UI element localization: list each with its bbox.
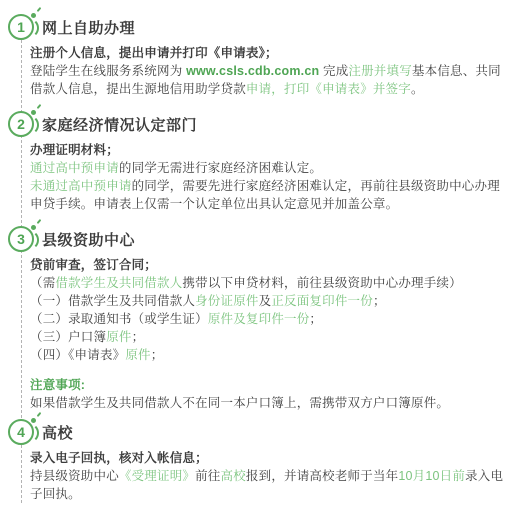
website-url: www.csls.cdb.com.cn — [186, 64, 319, 78]
process-step: 3 县级资助中心 贷前审查，签订合同；（需借款学生及共同借款人携带以下申贷材料，… — [8, 226, 506, 412]
ring-arc-icon — [19, 423, 39, 443]
text-line: （三）户口簿原件； — [30, 328, 506, 346]
text-segment: 办理证明材料； — [30, 143, 119, 157]
text-line: 通过高中预申请的同学无需进行家庭经济困难认定。 — [30, 159, 506, 177]
text-line: 注意事项: — [30, 376, 506, 394]
sparkle-tick-icon — [37, 7, 42, 12]
text-segment: 借款学生及共同借款人 — [55, 276, 182, 290]
text-segment: 《受理证明》 — [119, 469, 195, 483]
step-title: 县级资助中心 — [42, 229, 135, 250]
step-header: 2 家庭经济情况认定部门 — [8, 111, 506, 137]
text-segment: 持县级资助中心 — [30, 469, 119, 483]
step-body: 贷前审查，签订合同；（需借款学生及共同借款人携带以下申贷材料，前往县级资助中心办… — [30, 256, 506, 412]
text-segment: ； — [132, 330, 145, 344]
text-segment: （三）户口簿 — [30, 330, 106, 344]
text-segment: 登陆学生在线服务系统网为 — [30, 64, 186, 78]
text-line: （二）录取通知书（或学生证）原件及复印件一份； — [30, 310, 506, 328]
step-body: 办理证明材料；通过高中预申请的同学无需进行家庭经济困难认定。未通过高中预申请的同… — [30, 141, 506, 213]
text-segment: 报到，并请高校老师于当年 — [246, 469, 398, 483]
text-line: （一）借款学生及共同借款人身份证原件及正反面复印件一份； — [30, 292, 506, 310]
text-line: （需借款学生及共同借款人携带以下申贷材料，前往县级资助中心办理手续） — [30, 274, 506, 292]
step-title: 高校 — [42, 422, 73, 443]
text-segment: 的同学无需进行家庭经济困难认定。 — [119, 161, 322, 175]
text-line: 录入电子回执，核对入帐信息； — [30, 449, 506, 467]
sparkle-dot-icon — [31, 110, 36, 115]
text-segment: 注意事项: — [30, 378, 85, 392]
text-segment: 正反面复印件一份 — [271, 294, 373, 308]
sparkle-dot-icon — [31, 225, 36, 230]
text-segment: （二）录取通知书（或学生证） — [30, 312, 208, 326]
text-segment: 注册个人信息，提出申请并打印《申请表》； — [30, 46, 278, 60]
text-segment: 申请，打印《申请表》并签字 — [246, 82, 411, 96]
step-number-badge: 1 — [8, 14, 34, 40]
text-segment: 原件及复印件一份 — [208, 312, 310, 326]
step-header: 4 高校 — [8, 419, 506, 445]
text-segment: 身份证原件 — [195, 294, 259, 308]
step-number-badge: 4 — [8, 419, 34, 445]
text-segment: 通过高中预申请 — [30, 161, 119, 175]
text-segment: 原件 — [106, 330, 131, 344]
text-segment: 原件 — [125, 348, 150, 362]
process-step: 1 网上自助办理 注册个人信息，提出申请并打印《申请表》；登陆学生在线服务系统网… — [8, 14, 506, 98]
text-segment: 10月10日前 — [398, 469, 465, 483]
text-segment: 贷前审查，签订合同； — [30, 258, 157, 272]
text-segment: ； — [151, 348, 164, 362]
step-title: 家庭经济情况认定部门 — [42, 114, 197, 135]
steps-container: 1 网上自助办理 注册个人信息，提出申请并打印《申请表》；登陆学生在线服务系统网… — [8, 14, 506, 503]
text-segment: 如果借款学生及共同借款人不在同一本户口簿上，需携带双方户口簿原件。 — [30, 396, 449, 410]
text-line: 未通过高中预申请的同学，需要先进行家庭经济困难认定，再前往县级资助中心办理申贷手… — [30, 177, 506, 213]
step-header: 1 网上自助办理 — [8, 14, 506, 40]
step-number-badge: 3 — [8, 226, 34, 252]
sparkle-tick-icon — [37, 104, 42, 109]
sparkle-tick-icon — [37, 412, 42, 417]
text-segment: （需 — [30, 276, 55, 290]
loan-process-page: 1 网上自助办理 注册个人信息，提出申请并打印《申请表》；登陆学生在线服务系统网… — [0, 0, 512, 519]
text-segment: 高校 — [221, 469, 246, 483]
ring-arc-icon — [19, 115, 39, 135]
step-title: 网上自助办理 — [42, 17, 135, 38]
step-header: 3 县级资助中心 — [8, 226, 506, 252]
text-segment: 完成 — [319, 64, 348, 78]
process-step: 4 高校 录入电子回执，核对入帐信息；持县级资助中心《受理证明》前往高校报到，并… — [8, 419, 506, 503]
text-segment: ； — [309, 312, 322, 326]
step-body: 录入电子回执，核对入帐信息；持县级资助中心《受理证明》前往高校报到，并请高校老师… — [30, 449, 506, 503]
ring-arc-icon — [19, 18, 39, 38]
text-segment: 及 — [259, 294, 272, 308]
text-line: 登陆学生在线服务系统网为 www.csls.cdb.com.cn 完成注册并填写… — [30, 62, 506, 98]
step-body: 注册个人信息，提出申请并打印《申请表》；登陆学生在线服务系统网为 www.csl… — [30, 44, 506, 98]
sparkle-tick-icon — [37, 219, 42, 224]
text-segment: 录入电子回执，核对入帐信息； — [30, 451, 208, 465]
text-line: 贷前审查，签订合同； — [30, 256, 506, 274]
text-line: 持县级资助中心《受理证明》前往高校报到，并请高校老师于当年10月10日前录入电子… — [30, 467, 506, 503]
text-line: 如果借款学生及共同借款人不在同一本户口簿上，需携带双方户口簿原件。 — [30, 394, 506, 412]
text-segment: （四）《申请表》 — [30, 348, 125, 362]
text-segment: 未通过高中预申请 — [30, 179, 132, 193]
text-line: 办理证明材料； — [30, 141, 506, 159]
text-line: 注册个人信息，提出申请并打印《申请表》； — [30, 44, 506, 62]
text-line: （四）《申请表》原件； — [30, 346, 506, 364]
text-segment: 。 — [411, 82, 424, 96]
text-segment: （一）借款学生及共同借款人 — [30, 294, 195, 308]
sparkle-dot-icon — [31, 13, 36, 18]
process-step: 2 家庭经济情况认定部门 办理证明材料；通过高中预申请的同学无需进行家庭经济困难… — [8, 111, 506, 213]
text-segment: 前往 — [195, 469, 220, 483]
text-segment: 注册并填写 — [348, 64, 412, 78]
sparkle-dot-icon — [31, 418, 36, 423]
ring-arc-icon — [19, 230, 39, 250]
text-segment: ； — [373, 294, 386, 308]
step-number-badge: 2 — [8, 111, 34, 137]
text-segment: 携带以下申贷材料，前往县级资助中心办理手续） — [182, 276, 461, 290]
